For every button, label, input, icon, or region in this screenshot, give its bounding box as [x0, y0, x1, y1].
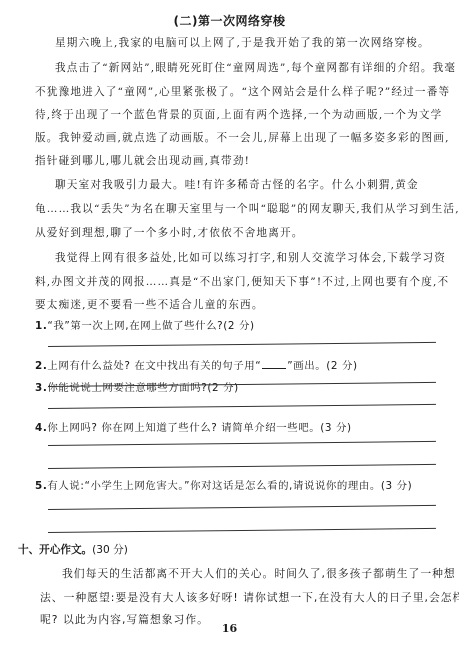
worksheet-page: (二)第一次网络穿梭 星期六晚上,我家的电脑可以上网了,于是我开始了我的第一次网…: [0, 0, 459, 648]
passage-line: 龟……我以“丢失”为名在聊天室里与一个叫“聪聪”的网友聊天,我们从学习到生活,: [35, 202, 430, 216]
composition-prompt-line: 我们每天的生活都离不开大人们的关心。时间久了,很多孩子都萌生了一种想: [62, 567, 459, 581]
answer-line[interactable]: [48, 404, 436, 409]
section-score: (30 分): [92, 544, 128, 556]
passage-line: 版。我钟爱动画,就点选了动画版。不一会儿,屏幕上出现了一幅多姿多彩的图画,: [35, 131, 430, 145]
question-text: ”画出。(2 分): [287, 360, 357, 372]
composition-prompt-line: 法、一种愿望:要是没有大人该多好呀! 请你试想一下,在没有大人的日子里,会怎样: [40, 591, 440, 605]
passage-line: 要太痴迷,更不要看一些不适合儿童的东西。: [35, 298, 430, 312]
question-text: 有人说:“小学生上网危害大。”你对这话是怎么看的,请说说你的理由。(3 分): [47, 480, 412, 492]
passage-line: 料,办图文并茂的网报……真是“不出家门,便知天下事”!不过,上网也要有个度,不: [35, 275, 430, 289]
passage-line: 我觉得上网有很多益处,比如可以练习打字,和别人交流学习体会,下载学习资: [55, 251, 430, 265]
answer-line[interactable]: [48, 528, 436, 533]
passage-line: 指针碰到哪儿,哪儿就会出现动画,真带劲!: [35, 154, 430, 168]
passage-title: (二)第一次网络穿梭: [0, 12, 459, 29]
section-title: 十、开心作文。: [18, 544, 92, 556]
question-text: 上网有什么益处? 在文中找出有关的句子用“: [47, 360, 261, 372]
question-number: 2.: [35, 360, 47, 372]
composition-heading: 十、开心作文。(30 分): [18, 543, 128, 557]
passage-line: 待,终于出现了一个蓝色背景的页面,上面有两个选择,一个为动画版,一个为文学: [35, 108, 430, 122]
question-text: “我”第一次上网,在网上做了些什么?(2 分): [47, 320, 254, 332]
question-5: 5.有人说:“小学生上网危害大。”你对这话是怎么看的,请说说你的理由。(3 分): [35, 479, 412, 493]
passage-line: 聊天室对我吸引力最大。哇!有许多稀奇古怪的名字。什么小刺猬,黄金: [55, 178, 430, 192]
question-number: 3.: [35, 382, 47, 394]
question-4: 4.你上网吗? 你在网上知道了些什么? 请简单介绍一些吧。(3 分): [35, 421, 352, 435]
question-2: 2.上网有什么益处? 在文中找出有关的句子用“”画出。(2 分): [35, 358, 358, 373]
answer-line[interactable]: [48, 464, 436, 469]
page-number: 16: [0, 622, 459, 635]
underline-mark: [262, 358, 286, 369]
passage-line: 从爱好到理想,聊了一个多小时,才依依不舍地离开。: [35, 226, 430, 240]
answer-line[interactable]: [48, 441, 436, 446]
question-1: 1.“我”第一次上网,在网上做了些什么?(2 分): [35, 319, 255, 333]
answer-line[interactable]: [48, 342, 436, 347]
question-number: 4.: [35, 422, 47, 434]
question-number: 5.: [35, 480, 47, 492]
passage-line: 我点击了“新网站”,眼睛死死盯住“童网周选”,每个童网都有详细的介绍。我毫: [55, 61, 430, 75]
question-3: 3.你能说说上网要注意哪些方面吗?(2 分): [35, 381, 239, 395]
passage-line: 不犹豫地进入了“童网”,心里紧张极了。“这个网站会是什么样子呢?”经过一番等: [35, 85, 430, 99]
answer-line[interactable]: [48, 505, 436, 510]
question-text: 你上网吗? 你在网上知道了些什么? 请简单介绍一些吧。(3 分): [47, 422, 351, 434]
passage-line: 星期六晚上,我家的电脑可以上网了,于是我开始了我的第一次网络穿梭。: [55, 36, 430, 50]
question-number: 1.: [35, 320, 47, 332]
